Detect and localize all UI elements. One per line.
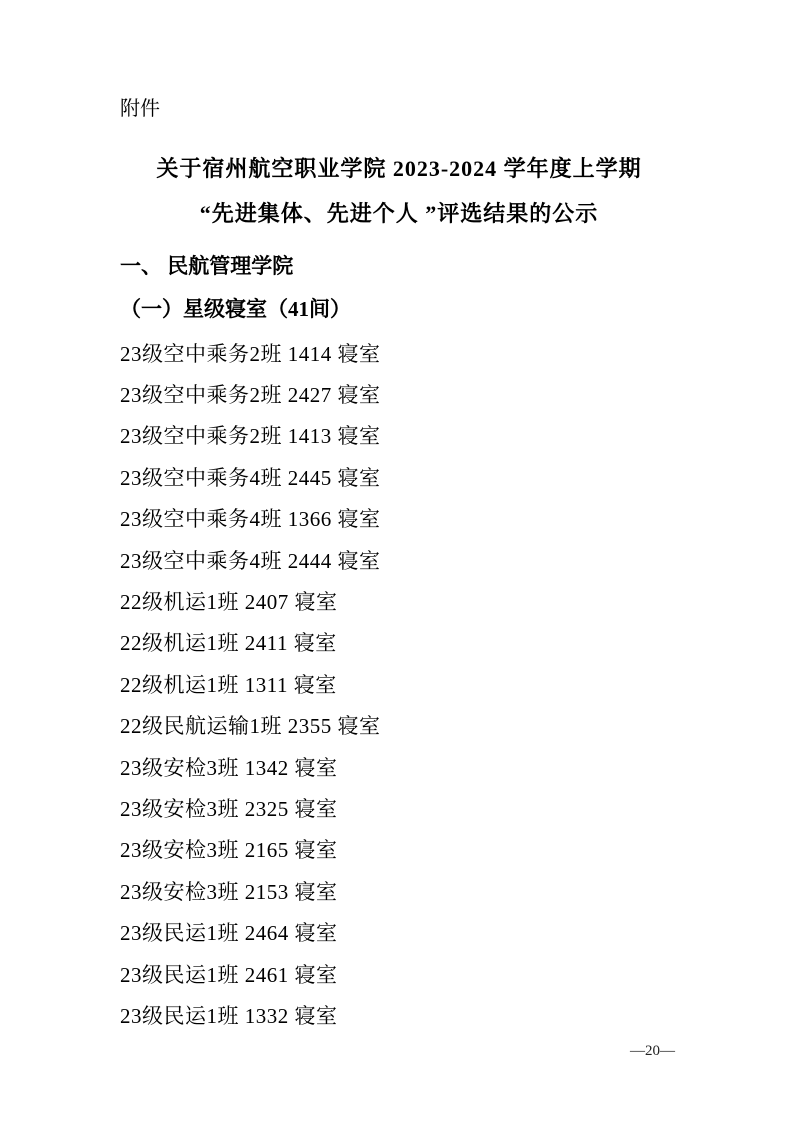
dorm-room-list-item: 22级机运1班 1311 寝室	[120, 663, 678, 704]
dorm-room-list-item: 23级空中乘务4班 2444 寝室	[120, 539, 678, 580]
subsection-heading-star-dorms: （一）星级寝室（41间）	[120, 295, 678, 323]
section-heading-civil-aviation-college: 一、 民航管理学院	[120, 252, 678, 280]
title-line-2: “先进集体、先进个人 ”评选结果的公示	[120, 191, 678, 236]
document-page: 附件 关于宿州航空职业学院 2023-2024 学年度上学期 “先进集体、先进个…	[0, 0, 793, 1122]
dorm-room-list-item: 23级空中乘务2班 2427 寝室	[120, 373, 678, 414]
dorm-room-list-item: 23级安检3班 2153 寝室	[120, 870, 678, 911]
dorm-room-list-item: 23级空中乘务2班 1414 寝室	[120, 332, 678, 373]
document-title: 关于宿州航空职业学院 2023-2024 学年度上学期 “先进集体、先进个人 ”…	[120, 146, 678, 236]
dorm-room-list-item: 22级机运1班 2407 寝室	[120, 580, 678, 621]
document-content: 附件 关于宿州航空职业学院 2023-2024 学年度上学期 “先进集体、先进个…	[0, 0, 793, 1036]
dorm-room-list-item: 23级民运1班 2461 寝室	[120, 953, 678, 994]
dorm-room-list: 23级空中乘务2班 1414 寝室 23级空中乘务2班 2427 寝室 23级空…	[120, 332, 678, 1036]
dorm-room-list-item: 23级安检3班 1342 寝室	[120, 746, 678, 787]
dorm-room-list-item: 22级民航运输1班 2355 寝室	[120, 705, 678, 746]
dorm-room-list-item: 23级安检3班 2165 寝室	[120, 829, 678, 870]
attachment-label: 附件	[120, 96, 678, 122]
dorm-room-list-item: 23级民运1班 2464 寝室	[120, 911, 678, 952]
dorm-room-list-item: 23级空中乘务2班 1413 寝室	[120, 415, 678, 456]
dorm-room-list-item: 22级机运1班 2411 寝室	[120, 622, 678, 663]
dorm-room-list-item: 23级空中乘务4班 1366 寝室	[120, 498, 678, 539]
page-number: —20—	[630, 1043, 675, 1060]
dorm-room-list-item: 23级安检3班 2325 寝室	[120, 787, 678, 828]
title-line-1: 关于宿州航空职业学院 2023-2024 学年度上学期	[120, 146, 678, 191]
dorm-room-list-item: 23级民运1班 1332 寝室	[120, 994, 678, 1035]
dorm-room-list-item: 23级空中乘务4班 2445 寝室	[120, 456, 678, 497]
